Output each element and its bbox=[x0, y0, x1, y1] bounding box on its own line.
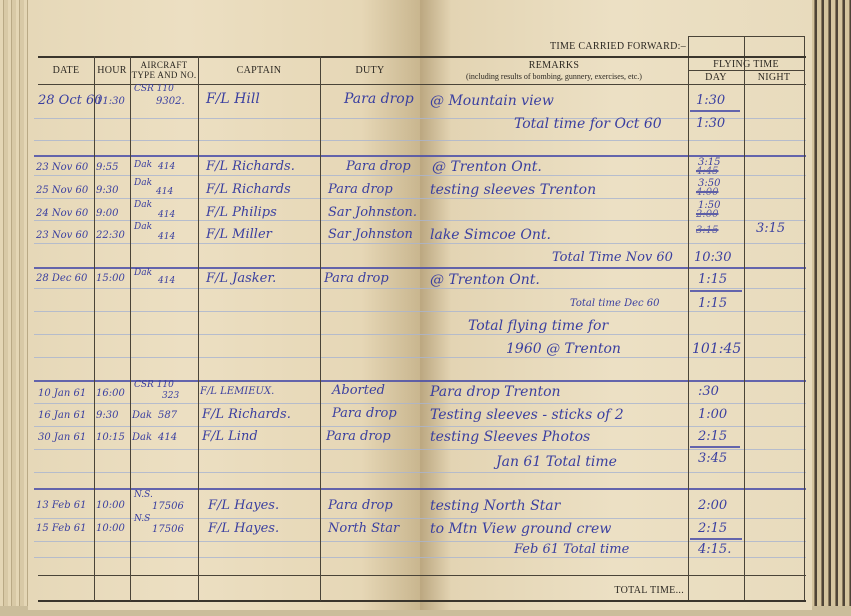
header-top-line bbox=[420, 56, 806, 58]
logbook-spread: Date Hour Aircraft Type and No. Captain … bbox=[0, 0, 851, 616]
entry-hour: 10:15 bbox=[96, 432, 125, 443]
entry-remarks: lake Simcoe Ont. bbox=[430, 228, 551, 242]
entry-aircraft-type: CSR 110 bbox=[134, 380, 174, 390]
entry-aircraft-no: 414 bbox=[158, 232, 175, 242]
month-separator bbox=[34, 267, 420, 269]
header-hour: Hour bbox=[94, 66, 130, 76]
entry-captain: F/L Hayes. bbox=[208, 522, 279, 536]
ruled-line bbox=[420, 175, 806, 176]
carried-forward-box-top bbox=[688, 36, 804, 37]
ruled-line bbox=[420, 403, 806, 404]
entry-aircraft-type: N.S. bbox=[134, 490, 153, 500]
year-total-label: Total flying time for bbox=[468, 319, 608, 333]
entry-hour: 9:55 bbox=[96, 162, 118, 173]
entry-day-time: 2:15 bbox=[698, 430, 727, 444]
sum-underline bbox=[690, 110, 740, 112]
entry-duty: Para drop bbox=[326, 430, 391, 444]
entry-duty: Aborted bbox=[332, 384, 385, 398]
entry-aircraft-no: 17506 bbox=[152, 524, 184, 535]
entry-hour: 16:00 bbox=[96, 388, 125, 399]
ruled-line bbox=[420, 449, 806, 450]
entry-duty: Para drop bbox=[324, 272, 389, 286]
entry-aircraft-no: 414 bbox=[158, 432, 177, 443]
ruled-line bbox=[34, 449, 420, 450]
entry-duty: North Star bbox=[328, 522, 399, 536]
footer-line bbox=[38, 575, 420, 576]
entry-duty: Para drop bbox=[332, 407, 397, 421]
entry-aircraft-type: Dak bbox=[134, 222, 152, 232]
entry-captain: F/L Lind bbox=[202, 430, 258, 444]
entry-remarks: testing North Star bbox=[430, 499, 560, 513]
night-col-divider bbox=[744, 36, 745, 601]
ruled-line bbox=[34, 357, 420, 358]
entry-aircraft-type: Dak bbox=[134, 200, 152, 210]
entry-aircraft-type: Dak bbox=[132, 410, 152, 421]
entry-aircraft-type: Dak bbox=[134, 268, 152, 278]
ruled-line bbox=[34, 557, 420, 558]
page-bottom-line bbox=[420, 600, 806, 602]
entry-aircraft-no: 414 bbox=[158, 276, 175, 286]
col-divider bbox=[198, 56, 199, 601]
entry-hour: 10:00 bbox=[96, 500, 125, 511]
ruled-line bbox=[34, 243, 420, 244]
ruled-line bbox=[34, 288, 420, 289]
month-separator bbox=[420, 488, 806, 490]
entry-date: 23 Nov 60 bbox=[36, 230, 88, 241]
year-total-day-time: 101:45 bbox=[692, 342, 741, 356]
entry-captain: F/L LEMIEUX. bbox=[200, 386, 274, 397]
header-flying-time: Flying Time bbox=[688, 60, 804, 70]
ruled-line bbox=[420, 288, 806, 289]
ruled-line bbox=[34, 472, 420, 473]
entry-captain: F/L Richards. bbox=[206, 160, 295, 174]
entry-day-time: 1:30 bbox=[696, 94, 725, 108]
sum-underline bbox=[690, 290, 742, 292]
entry-remarks: testing sleeves Trenton bbox=[430, 183, 596, 197]
entry-hour: 9:30 bbox=[96, 185, 118, 196]
entry-aircraft-type: N.S bbox=[134, 514, 150, 524]
entry-day-time: 1:00 bbox=[698, 408, 727, 422]
month-total-label: Feb 61 Total time bbox=[514, 543, 629, 557]
entry-captain: F/L Richards. bbox=[202, 408, 291, 422]
entry-day-time: 2:15 bbox=[698, 522, 727, 536]
entry-hour: 10:00 bbox=[96, 523, 125, 534]
entry-aircraft-no: 414 bbox=[158, 210, 175, 220]
entry-remarks: testing Sleeves Photos bbox=[430, 430, 590, 444]
entry-captain: F/L Miller bbox=[206, 228, 272, 242]
entry-captain: F/L Jasker. bbox=[206, 272, 276, 286]
total-time-label: Total Time... bbox=[540, 586, 684, 596]
month-separator bbox=[420, 267, 806, 269]
entry-remarks: @ Mountain view bbox=[430, 94, 554, 108]
total-day-time: 1:30 bbox=[696, 117, 725, 131]
entry-date: 28 Oct 60 bbox=[38, 94, 103, 108]
entry-duty: Sar Johnston bbox=[328, 228, 413, 242]
entry-aircraft-no: 17506 bbox=[152, 501, 184, 512]
entry-captain: F/L Philips bbox=[206, 206, 277, 220]
ruled-line bbox=[420, 140, 806, 141]
entry-duty: Sar Johnston. bbox=[328, 206, 417, 220]
struck-out-time: 3:15 bbox=[696, 225, 718, 236]
entry-duty: Para drop bbox=[346, 160, 411, 174]
entry-remarks: @ Trenton Ont. bbox=[432, 160, 542, 174]
entry-aircraft-no: 587 bbox=[158, 410, 177, 421]
ruled-line bbox=[420, 518, 806, 519]
time-carried-forward-label: Time Carried Forward:– bbox=[520, 42, 686, 52]
entry-hour: 22:30 bbox=[96, 230, 125, 241]
year-total-label-2: 1960 @ Trenton bbox=[506, 342, 621, 356]
page-bottom-line bbox=[38, 600, 420, 602]
entry-date: 23 Nov 60 bbox=[36, 162, 88, 173]
right-page: Time Carried Forward:– Remarks (includin… bbox=[420, 0, 812, 610]
month-separator bbox=[420, 155, 806, 157]
entry-aircraft-no: 323 bbox=[162, 391, 179, 401]
entry-duty: Para drop bbox=[344, 92, 414, 106]
entry-hour: 9:30 bbox=[96, 410, 118, 421]
entry-date: 30 Jan 61 bbox=[38, 432, 86, 443]
entry-date: 15 Feb 61 bbox=[36, 523, 87, 534]
struck-out-time: 4:00 bbox=[696, 187, 718, 198]
ruled-line bbox=[34, 140, 420, 141]
ruled-line bbox=[420, 220, 806, 221]
month-separator bbox=[34, 380, 420, 382]
entry-hour: 15:00 bbox=[96, 273, 125, 284]
col-divider bbox=[94, 56, 95, 601]
entry-aircraft-type: Dak bbox=[132, 432, 152, 443]
ruled-line bbox=[34, 518, 420, 519]
entry-day-time: 2:00 bbox=[698, 499, 727, 513]
header-aircraft-type: Type and No. bbox=[130, 70, 198, 80]
ruled-line bbox=[420, 426, 806, 427]
total-day-time: 10:30 bbox=[694, 251, 731, 265]
month-separator bbox=[420, 380, 806, 382]
entry-aircraft-no: 9302. bbox=[156, 96, 185, 107]
entry-date: 13 Feb 61 bbox=[36, 500, 87, 511]
entry-remarks: to Mtn View ground crew bbox=[430, 522, 611, 536]
total-day-time: 4:15. bbox=[698, 543, 731, 557]
entry-date: 28 Dec 60 bbox=[36, 273, 87, 284]
entry-aircraft-type: CSR 110 bbox=[134, 84, 174, 94]
entry-captain: F/L Hill bbox=[206, 92, 260, 106]
ruled-line bbox=[34, 118, 420, 119]
entry-aircraft-type: Dak bbox=[134, 160, 152, 170]
header-aircraft: Aircraft bbox=[130, 60, 198, 70]
right-border bbox=[804, 36, 805, 601]
ruled-line bbox=[34, 426, 420, 427]
left-page: Date Hour Aircraft Type and No. Captain … bbox=[28, 0, 420, 610]
header-remarks: Remarks bbox=[420, 61, 688, 71]
header-remarks-sub: (including results of bombing, gunnery, … bbox=[420, 72, 688, 82]
flying-time-subline bbox=[688, 70, 804, 71]
total-day-time: 3:45 bbox=[698, 452, 727, 466]
ruled-line bbox=[34, 311, 420, 312]
footer-line bbox=[420, 575, 806, 576]
header-date: Date bbox=[38, 66, 94, 76]
month-total-label: Total time Dec 60 bbox=[570, 298, 660, 309]
month-total-label: Total Time Nov 60 bbox=[552, 251, 673, 265]
ruled-line bbox=[34, 175, 420, 176]
col-divider bbox=[320, 56, 321, 601]
total-day-time: 1:15 bbox=[698, 297, 727, 311]
entry-remarks: @ Trenton Ont. bbox=[430, 273, 540, 287]
entry-aircraft-no: 414 bbox=[158, 162, 175, 172]
entry-duty: Para drop bbox=[328, 183, 393, 197]
entry-duty: Para drop bbox=[328, 499, 393, 513]
ruled-line bbox=[34, 198, 420, 199]
entry-day-time: 1:15 bbox=[698, 273, 727, 287]
header-night: Night bbox=[744, 73, 804, 83]
ruled-line bbox=[34, 334, 420, 335]
entry-hour: 9:00 bbox=[96, 208, 118, 219]
ruled-line bbox=[34, 403, 420, 404]
month-total-label: Jan 61 Total time bbox=[496, 455, 617, 469]
entry-day-time: :30 bbox=[698, 385, 719, 399]
header-day: Day bbox=[688, 73, 744, 83]
ruled-line bbox=[420, 198, 806, 199]
right-page-edges bbox=[808, 0, 851, 616]
ruled-line bbox=[420, 311, 806, 312]
header-captain: Captain bbox=[198, 66, 320, 76]
header-top-line bbox=[38, 56, 420, 58]
month-separator bbox=[34, 488, 420, 490]
entry-aircraft-type: Dak bbox=[134, 178, 152, 188]
ruled-line bbox=[420, 334, 806, 335]
entry-remarks: Testing sleeves - sticks of 2 bbox=[430, 408, 624, 422]
entry-captain: F/L Richards bbox=[206, 183, 291, 197]
entry-date: 24 Nov 60 bbox=[36, 208, 88, 219]
sum-underline bbox=[690, 538, 742, 540]
header-bottom-line bbox=[38, 84, 420, 85]
ruled-line bbox=[420, 557, 806, 558]
entry-aircraft-no: 414 bbox=[156, 187, 173, 197]
struck-out-time: 2:00 bbox=[696, 209, 718, 220]
entry-date: 16 Jan 61 bbox=[38, 410, 86, 421]
entry-date: 10 Jan 61 bbox=[38, 388, 86, 399]
month-total-label: Total time for Oct 60 bbox=[514, 117, 662, 131]
ruled-line bbox=[420, 357, 806, 358]
sum-underline bbox=[690, 446, 740, 448]
day-col-divider bbox=[688, 36, 689, 601]
entry-night-time: 3:15 bbox=[756, 222, 785, 236]
header-bottom-line bbox=[420, 84, 806, 85]
entry-hour: 11:30 bbox=[96, 96, 125, 107]
ruled-line bbox=[34, 541, 420, 542]
entry-captain: F/L Hayes. bbox=[208, 499, 279, 513]
ruled-line bbox=[420, 243, 806, 244]
ruled-line bbox=[34, 220, 420, 221]
header-duty: Duty bbox=[320, 66, 420, 76]
col-divider bbox=[130, 56, 131, 601]
struck-out-time: 4:45 bbox=[696, 166, 718, 177]
month-separator bbox=[34, 155, 420, 157]
entry-date: 25 Nov 60 bbox=[36, 185, 88, 196]
entry-remarks: Para drop Trenton bbox=[430, 385, 561, 399]
ruled-line bbox=[420, 472, 806, 473]
